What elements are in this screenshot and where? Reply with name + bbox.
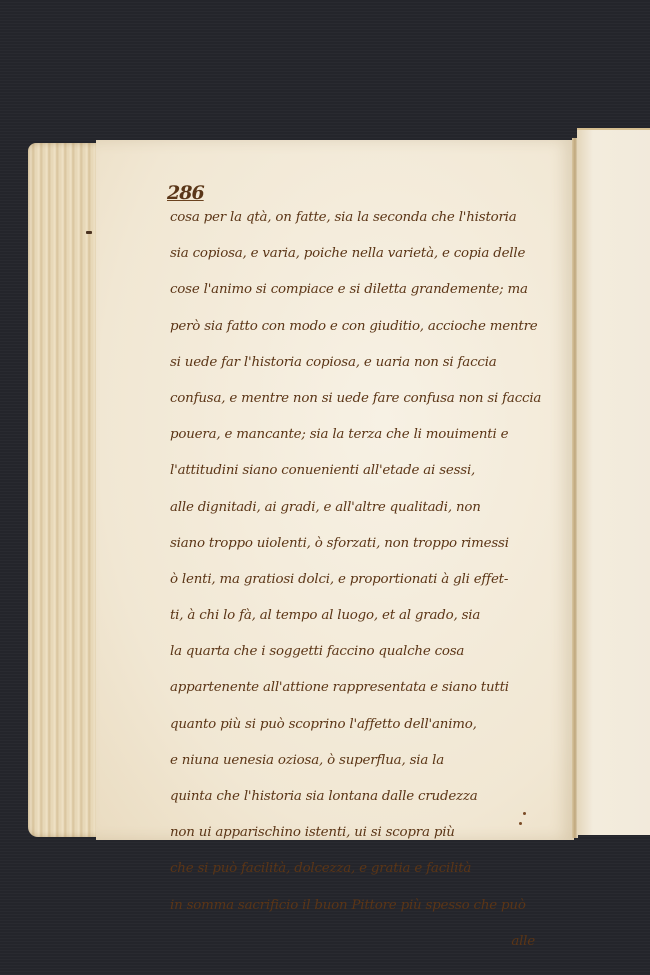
manuscript-line: la quarta che i soggetti faccino qualche… <box>170 634 565 670</box>
manuscript-line: e niuna uenesia oziosa, ò superflua, sia… <box>170 743 565 779</box>
open-manuscript-book: 286 cosa per la qtà, on fatte, sia la se… <box>0 0 650 975</box>
manuscript-line: pouera, e mancante; sia la terza che li … <box>170 417 565 453</box>
manuscript-line: appartenente all'attione rappresentata e… <box>170 670 565 706</box>
manuscript-line: in somma sacrificio il buon Pittore più … <box>170 888 565 924</box>
manuscript-line: sia copiosa, e varia, poiche nella varie… <box>170 236 565 272</box>
manuscript-line: ti, à chi lo fà, al tempo al luogo, et a… <box>170 598 565 634</box>
manuscript-line: si uede far l'historia copiosa, e uaria … <box>170 345 565 381</box>
ink-spot <box>519 822 522 825</box>
manuscript-line: non ui apparischino istenti, ui si scopr… <box>170 815 565 851</box>
manuscript-line: che si può facilità, dolcezza, e gratia … <box>170 851 565 887</box>
right-manuscript-page <box>577 128 650 835</box>
manuscript-line: l'attitudini siano conuenienti all'etade… <box>170 453 565 489</box>
manuscript-text-block: cosa per la qtà, on fatte, sia la second… <box>170 200 565 960</box>
manuscript-line: cose l'animo si compiace e si diletta gr… <box>170 272 565 308</box>
catchword: alle <box>170 924 565 960</box>
manuscript-line: quinta che l'historia sia lontana dalle … <box>170 779 565 815</box>
manuscript-line: siano troppo uiolenti, ò sforzati, non t… <box>170 526 565 562</box>
page-edges-stack <box>28 143 100 837</box>
manuscript-line: cosa per la qtà, on fatte, sia la second… <box>170 200 565 236</box>
ink-spot <box>523 812 526 815</box>
manuscript-line: però sia fatto con modo e con giuditio, … <box>170 309 565 345</box>
manuscript-line: confusa, e mentre non si uede fare confu… <box>170 381 565 417</box>
manuscript-line: alle dignitadi, ai gradi, e all'altre qu… <box>170 490 565 526</box>
manuscript-line: ò lenti, ma gratiosi dolci, e proportion… <box>170 562 565 598</box>
margin-ink-mark <box>86 231 92 234</box>
manuscript-line: quanto più si può scoprino l'affetto del… <box>170 707 565 743</box>
